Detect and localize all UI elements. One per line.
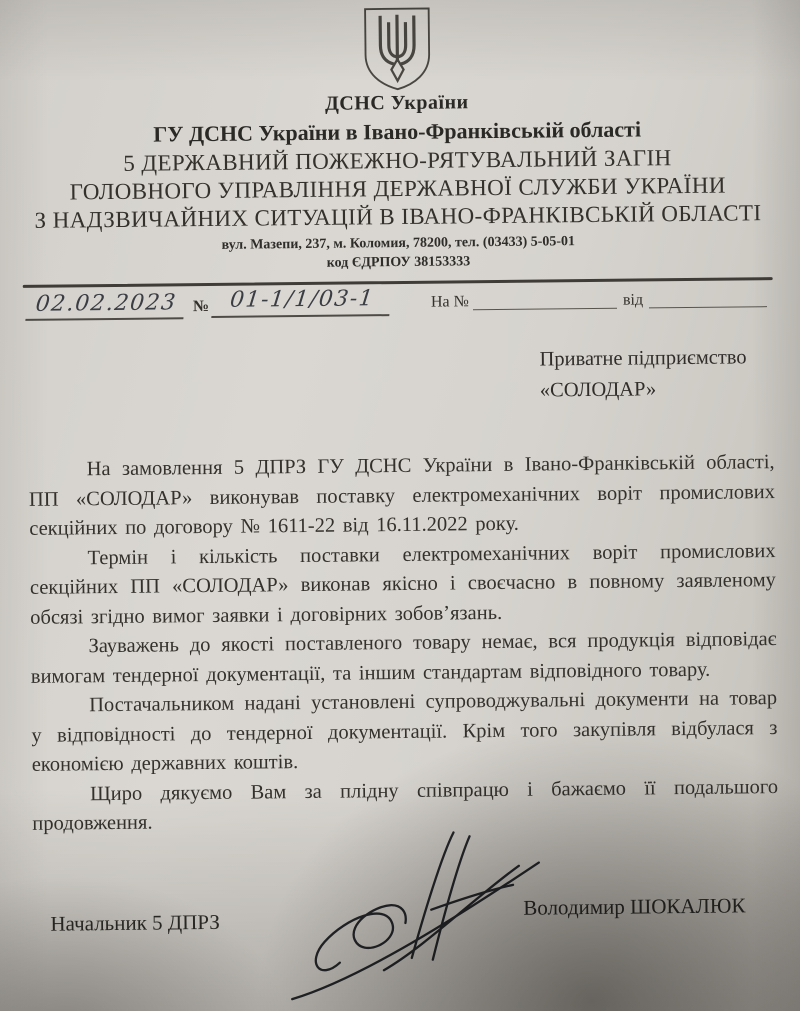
recipient-type: Приватне підприємство [539, 342, 746, 375]
paragraph-order-info: На замовлення 5 ДПРЗ ГУ ДСНС України в І… [29, 448, 776, 544]
paragraph-documents: Постачальником надані установлені супров… [31, 684, 778, 780]
recipient-name: «СОЛОДАР» [540, 373, 747, 406]
paragraph-delivery-quality: Термін і кількість поставки електромехан… [29, 537, 776, 633]
incoming-date-label: від [623, 291, 643, 309]
signer-name: Володимир ШОКАЛЮК [523, 893, 745, 920]
document-photo: ДСНС України ГУ ДСНС України в Івано-Фра… [0, 0, 800, 1011]
handwritten-signature [282, 826, 552, 1009]
handwritten-date: 02.02.2023 [25, 290, 186, 321]
org-name-regional: ГУ ДСНС України в Івано-Франківській обл… [0, 115, 797, 149]
paragraph-no-complaints: Зауважень до якості поставленого товару … [30, 625, 777, 692]
org-name-short: ДСНС України [0, 88, 797, 119]
incoming-date-blank [649, 288, 767, 308]
letter-page: ДСНС України ГУ ДСНС України в Івано-Фра… [0, 0, 800, 1011]
letterhead-divider [23, 277, 773, 288]
coat-of-arms-icon [358, 6, 437, 93]
signer-position-title: Начальник 5 ДПРЗ [50, 910, 220, 937]
recipient-block: Приватне підприємство «СОЛОДАР» [539, 342, 747, 406]
incoming-number-blank [473, 290, 617, 311]
org-unit-line3: З НАДЗВИЧАЙНИХ СИТУАЦІЙ В ІВАНО-ФРАНКІВС… [0, 200, 798, 234]
letter-body: На замовлення 5 ДПРЗ ГУ ДСНС України в І… [29, 448, 779, 839]
incoming-number-label: На № [431, 293, 469, 311]
handwritten-outgoing-number: 01-1/1/03-1 [211, 286, 392, 318]
number-sign-label: № [193, 298, 209, 316]
